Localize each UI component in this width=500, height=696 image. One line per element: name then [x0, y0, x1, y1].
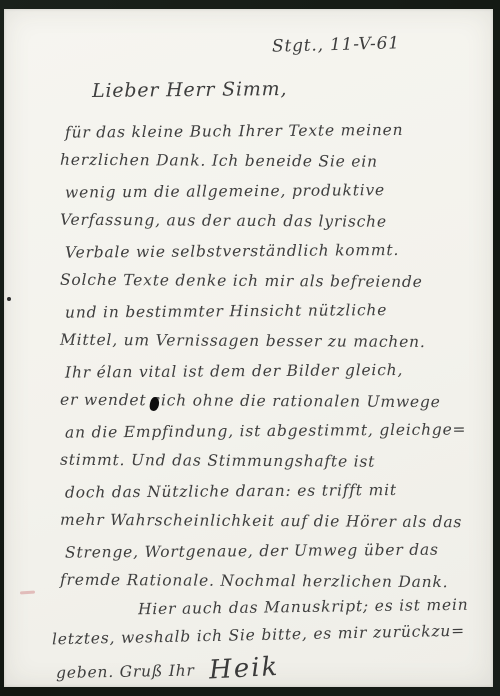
handwritten-line: Verfassung, aus der auch das lyrische: [60, 205, 470, 238]
edge-speck-mark: [7, 297, 11, 301]
closing-line: letztes, weshalb ich Sie bitte, es mir z…: [52, 622, 465, 649]
closing-text: geben. Gruß Ihr: [56, 662, 195, 682]
closing-line: geben. Gruß IhrHeik: [56, 651, 279, 685]
handwritten-line: für das kleine Buch Ihrer Texte meinen: [65, 114, 470, 147]
handwritten-line: Solche Texte denke ich mir als befreiend…: [60, 265, 470, 298]
handwritten-line: Strenge, Wortgenaue, der Umweg über das: [65, 534, 470, 567]
pink-pencil-mark: [20, 590, 35, 594]
letter-paper: Stgt., 11-V-61 Lieber Herr Simm, für das…: [4, 9, 493, 687]
closing-line: Hier auch das Manuskript; es ist mein: [138, 596, 469, 619]
letter-body: für das kleine Buch Ihrer Texte meinen h…: [60, 116, 470, 596]
dateline: Stgt., 11-V-61: [272, 33, 400, 56]
handwritten-line: fremde Rationale. Nochmal herzlichen Dan…: [60, 565, 470, 598]
handwritten-line: wenig um die allgemeine, produktive: [65, 174, 470, 207]
handwritten-line: Verbale wie selbstverständlich kommt.: [65, 234, 470, 267]
handwritten-line: mehr Wahrscheinlichkeit auf die Hörer al…: [60, 505, 470, 538]
handwritten-line: und in bestimmter Hinsicht nützliche: [65, 294, 470, 327]
handwritten-line: an die Empfindung, ist abgestimmt, gleic…: [65, 414, 470, 447]
signature: Heik: [208, 652, 280, 686]
handwritten-line: Ihr élan vital ist dem der Bilder gleich…: [65, 354, 470, 387]
salutation: Lieber Herr Simm,: [92, 78, 287, 102]
handwritten-line: stimmt. Und das Stimmungshafte ist: [60, 445, 470, 478]
handwritten-line: Mittel, um Vernissagen besser zu machen.: [60, 325, 470, 358]
scan-background: Stgt., 11-V-61 Lieber Herr Simm, für das…: [0, 0, 500, 696]
handwritten-line: herzlichen Dank. Ich beneide Sie ein: [60, 145, 470, 178]
handwritten-line: er wendet sich ohne die rationalen Umweg…: [60, 385, 470, 418]
handwritten-line: doch das Nützliche daran: es trifft mit: [65, 474, 470, 507]
